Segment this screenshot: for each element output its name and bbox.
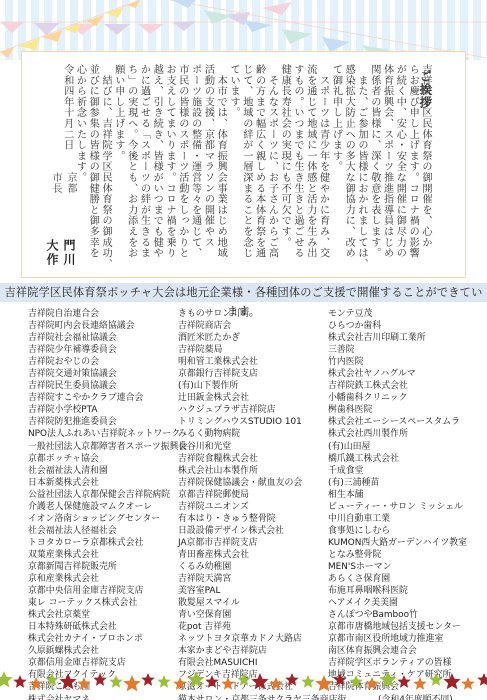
sponsor-item: 吉祥院民生委員協議会 [28, 380, 187, 392]
sponsor-item: 株式会社ヤマネ [28, 694, 187, 700]
greeting-line: 市民の皆様のスポーツ活動をしっかりと [175, 64, 188, 269]
sponsor-item: 辻田鈑金株式会社 [178, 392, 346, 404]
sponsor-item: くるみ幼稚園 [178, 561, 346, 573]
sponsor-item: 吉祥院防犯推進委員会 [28, 416, 187, 428]
greeting-line: 結びに、吉祥院学区民体育祭の御成功、 [98, 64, 111, 269]
greeting-line: 願い申し上げます。 [111, 64, 124, 269]
sponsor-item: 吉祥院食糧株式会社 [178, 453, 346, 465]
sponsor-item: さんぽつやBamboo竹 [328, 609, 467, 621]
greeting-line: スポーツは青少年を健やかに育み、交 [316, 64, 329, 269]
sponsor-item: 吉祥院学区ボランティアの皆様 [328, 657, 467, 669]
sponsor-item: 公益社団法人京都保健会吉祥院病院 [28, 489, 187, 501]
sponsor-item: 京都新聞吉祥院販売所 [28, 561, 187, 573]
sponsor-item: ひらつか歯科 [328, 320, 467, 332]
greeting-line: 本市では、体育振興会事業はじめ地域 [213, 64, 226, 269]
greeting-box: ご挨拶 吉祥院学区民体育祭の御開催を、心か らお慶び申し上げます。コロナ禍の影響… [21, 51, 466, 278]
sponsor-item: 京都中央信用金庫吉祥院支店 [28, 585, 187, 597]
sponsor-item: 吉祥院すこやかクラブ連合会 [28, 392, 187, 404]
greeting-line: そんなスポーツに、お子さんからご高 [265, 64, 278, 269]
greeting-line: 関係者の皆様に、深く敬意を表します。 [367, 64, 380, 269]
sponsor-item: 食事処にしむら [328, 525, 467, 537]
sponsor-item: 株式会社エーシースペースタムラ [328, 416, 467, 428]
signatory-title: 京都市長 [44, 172, 78, 201]
greeting-line: また、ご参加の皆様におかれましては、 [354, 64, 367, 269]
sponsor-item: 京都信用金庫吉祥院支店 [28, 657, 187, 669]
sponsor-item: 株式会社カナイ・プロホンポ [28, 633, 187, 645]
sponsor-item: 布施耳鼻咽喉科医院 [328, 585, 467, 597]
sponsor-item: 京都ボッチャ協会 [28, 453, 187, 465]
greeting-line: 体育振興会、スポーツ推進指導員はじめ [380, 64, 393, 269]
sponsor-item: (有)山下製作所 [178, 380, 346, 392]
greeting-line: 健康長寿社会の実現にも不可欠です。 [277, 64, 290, 269]
sponsor-item: ビューティー・サロン ミッシェル [328, 501, 467, 513]
sponsor-item: みるく動物病院 [178, 428, 346, 440]
greeting-line: お支えしてまいります。コロナ禍を乗り [162, 64, 175, 269]
sponsor-item: 日設設備デザイン株式会社 [178, 525, 346, 537]
sponsor-item: 桝歯科医院 [328, 404, 467, 416]
sponsor-item: 介護老人保健施設マムクオーレ [28, 501, 187, 513]
sponsor-item: 社会福祉法人清和園 [28, 465, 187, 477]
signatory-name: 門川大作 [44, 239, 78, 277]
sponsor-item: 花pot 吉祥苑 [178, 621, 346, 633]
sponsor-item: 株式会社ヤノハグルマ [328, 368, 467, 380]
sponsor-item: 散髪屋スマイル [178, 597, 346, 609]
sponsor-item: 京都銀行吉祥院支店 [178, 368, 346, 380]
sponsor-item: 明和管工業株式会社 [178, 356, 346, 368]
greeting-line: 流を通じて地域に一体感と活力を生み出 [303, 64, 316, 269]
maple-leaves-decoration [0, 671, 487, 693]
sponsor-item: 相生本舗 [328, 489, 467, 501]
sponsor-item: (有)山田屋 [328, 441, 467, 453]
sponsor-item: 吉祥院少年補導委員会 [28, 344, 187, 356]
sponsor-item: 株式会社京薬堂 [28, 609, 187, 621]
sponsor-item: 吉祥院おやじの会 [28, 356, 187, 368]
order-note: (令和4年度順不同) [328, 694, 467, 700]
sponsor-item: 美容室PAL [178, 585, 346, 597]
sponsor-item: モンテ豆茂 [328, 308, 467, 320]
sponsor-item: 社会福祉法人径福社会 [28, 525, 187, 537]
sponsor-item: 有本はり・きゅう整骨院 [178, 513, 346, 525]
sponsor-item: JA京都市吉祥院支店 [178, 537, 346, 549]
sponsor-item: 酒匠米匠たかぎ [178, 332, 346, 344]
sponsor-item: となみ整骨院 [328, 549, 467, 561]
signatory: 京都市長 門川大作 [44, 172, 78, 277]
sponsor-item: KUMON西大路ガーデンハイツ教室 [328, 537, 467, 549]
sponsor-item: 京都吉祥院郵便局 [178, 489, 346, 501]
sponsor-item: 千成食堂 [328, 465, 467, 477]
greeting-line: ち」の実現へ。今後とも、お力添えをお [124, 64, 137, 269]
sponsor-item: 橋爪鐵工株式会社 [328, 453, 467, 465]
sponsor-item: 吉祥院商店会 [178, 320, 346, 332]
sponsor-item: 京和産業株式会社 [28, 573, 187, 585]
sponsor-item: 一般社団法人京都障害者スポーツ振興会 [28, 441, 187, 453]
sponsor-item: きものサロン川崎 [178, 308, 346, 320]
sponsor-item: ネッツトヨタ京華カドノ大路店 [178, 633, 346, 645]
sponsor-column-1: 吉祥院自治連合会吉祥院町内会長連絡協議会吉祥院社会福祉協議会吉祥院少年補導委員会… [28, 308, 187, 700]
sponsor-item: 吉祥院交通対策協議会 [28, 368, 187, 380]
greeting-line: ています。 [226, 64, 239, 269]
greeting-title: ご挨拶 [418, 70, 431, 109]
greeting-line: て御礼申し上げます。 [329, 64, 342, 269]
sponsor-item: 青田畜産株式会社 [178, 549, 346, 561]
sponsor-item: 三善院 [328, 344, 467, 356]
sponsor-item: 日本新薬株式会社 [28, 477, 187, 489]
sponsor-item: 東レ コーテックス株式会社 [28, 597, 187, 609]
sponsor-item: 長谷川和光堂 [178, 441, 346, 453]
sponsor-item: ヘアメイク美美園 [328, 597, 467, 609]
sponsor-item: 京都市唐橋地域包括支援センター [328, 621, 467, 633]
greeting-line: 齢の方まで幅広く親しめる本体育祭を通 [252, 64, 265, 269]
sponsor-item: MEN'Sホーマン [328, 561, 467, 573]
sponsor-item: 猫本サロン・京都三条サクラヤ三条商店街 [178, 694, 346, 700]
sponsor-item: 中川自動車工業 [328, 513, 467, 525]
sponsor-item: ハクジュプラザ吉祥院店 [178, 404, 346, 416]
sponsor-item: イオン洛南ショッピングセンター [28, 513, 187, 525]
greeting-line: 活動の支援、京都マラソンの開催やス [201, 64, 214, 269]
sponsor-item: 青い空保育園 [178, 609, 346, 621]
sponsor-item: 吉祥院鉄工株式会社 [328, 380, 467, 392]
sponsor-item: 吉祥院町内会長連絡協議会 [28, 320, 187, 332]
sponsor-item: 日本特殊研砥株式会社 [28, 621, 187, 633]
greeting-paragraph: 吉祥院学区民体育祭の御開催を、心か らお慶び申し上げます。コロナ禍の影響 が続く… [60, 64, 431, 269]
sponsor-item: 竹内医院 [328, 356, 467, 368]
sponsor-item: 小幡歯科クリニック [328, 392, 467, 404]
sponsor-item: 吉祥院天満宮 [178, 573, 346, 585]
sponsor-column-3: モンテ豆茂ひらつか歯科株式会社吉川印刷工業所三善院竹内医院株式会社ヤノハグルマ吉… [328, 308, 467, 700]
greeting-vertical-text: ご挨拶 吉祥院学区民体育祭の御開催を、心か らお慶び申し上げます。コロナ禍の影響… [60, 64, 449, 269]
sponsor-item: 吉祥院保健協議会・献血友の会 [178, 477, 346, 489]
greeting-line: すもの。いつまでも生き生きと過ごせる [290, 64, 303, 269]
greeting-line: じて、地域の絆が一層深まることを念じ [239, 64, 252, 269]
sponsor-item: 本家かまどや吉祥院店 [178, 645, 346, 657]
sponsor-item: 京都市南区役所地域力推進室 [328, 633, 467, 645]
greeting-line: かに過ごせる「スポーツの絆が生きるま [137, 64, 150, 269]
sponsor-item: 南区体育振興会連合会 [328, 645, 467, 657]
sponsor-item: NPO法人ふれあい吉祥院ネットワーク [28, 428, 187, 440]
sponsor-item: 吉祥院薬局 [178, 344, 346, 356]
sponsor-item: (有)三浦種苗 [328, 477, 467, 489]
greeting-line: が続く中、安心・安全な開催に御尽力の [393, 64, 406, 269]
greeting-line: 並びに御参集の皆様の御健勝と御多幸を [85, 64, 98, 269]
sponsor-item: 吉祥院ユニオンズ [178, 501, 346, 513]
sponsor-item: トリミングハウスSTUDIO 101 [178, 416, 346, 428]
sponsor-item: 久原鋲螺株式会社 [28, 645, 187, 657]
sponsor-item: トヨタカローラ京都株式会社 [28, 537, 187, 549]
greeting-line: 感染拡大防止への多大な御協力に、改め [341, 64, 354, 269]
greeting-line: 越え、引き続き、皆様がいつまでも健や [149, 64, 162, 269]
greeting-line: らお慶び申し上げます。コロナ禍の影響 [405, 64, 418, 269]
sponsor-item: 株式会社吉川印刷工業所 [328, 332, 467, 344]
sponsor-item: あらくさ保育園 [328, 573, 467, 585]
sponsor-item: 有限会社MASUICHI [178, 657, 346, 669]
sponsor-item: 株式会社山本製作所 [178, 465, 346, 477]
sponsor-item: 双葉産業株式会社 [28, 549, 187, 561]
sponsor-banner: 吉祥院学区民体育祭ボッチャ大会は地元企業様・各種団体のご支援で開催することができ… [0, 283, 487, 302]
sponsor-item: 吉祥院社会福祉協議会 [28, 332, 187, 344]
greeting-line: ポーツ施設の整備・運営等々を通じて、 [188, 64, 201, 269]
sponsor-item: 吉祥院自治連合会 [28, 308, 187, 320]
sponsor-item: 吉祥院小学校PTA [28, 404, 187, 416]
sponsor-item: 株式会社西川製作所 [328, 428, 467, 440]
sponsor-column-2: きものサロン川崎吉祥院商店会酒匠米匠たかぎ吉祥院薬局明和管工業株式会社京都銀行吉… [178, 308, 346, 700]
